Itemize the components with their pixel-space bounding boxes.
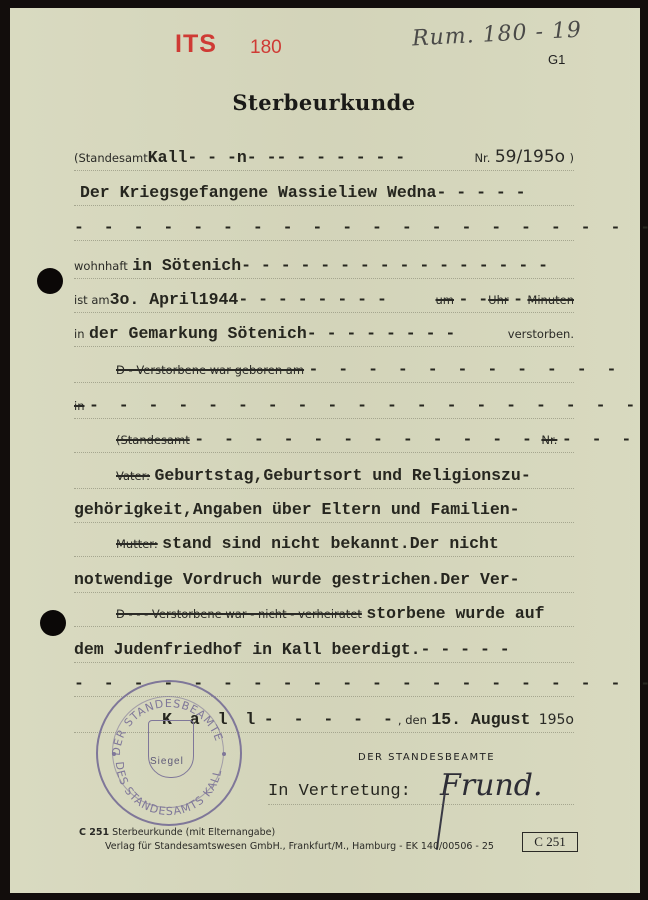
issue-date: 15. August [431,710,530,729]
burial-line: dem Judenfriedhof in Kall beerdigt.- - -… [74,636,574,663]
marital-status-line: D - - - Verstorbene war - nicht - verhei… [74,600,574,627]
mother-label: Mutter: [116,537,158,551]
death-place-value: der Gemarkung Sötenich- - - - - - - - [89,324,455,343]
deceased-name-value: Der Kriegsgefangene Wassieliew Wedna- - … [80,183,526,202]
form-title: Sterbeurkunde (mit Elternangabe) [112,827,275,838]
death-date-label: ist am [74,293,110,307]
register-number-value: 59/195o [495,147,565,167]
its-stamp-number: 180 [250,37,282,59]
date-den-label: , den [398,713,427,727]
punch-hole-bottom [40,610,66,636]
residence-line: wohnhaft in Sötenich- - - - - - - - - - … [74,252,574,279]
archive-code: G1 [548,52,565,67]
mother-line: Mutter: stand sind nicht bekannt.Der nic… [74,530,574,557]
document-title: Sterbeurkunde [0,90,648,115]
father-line: Vater: Geburtstag,Geburtsort und Religio… [74,462,574,489]
marital-status-value: storbene wurde auf [366,604,544,623]
father-value: Geburtstag,Geburtsort und Religionszu- [154,466,530,485]
death-place-line: in der Gemarkung Sötenich- - - - - - - -… [74,320,574,347]
time-um-label: um [436,293,455,307]
register-number-label: Nr. [474,151,490,165]
birth-date-label: D - Verstorbene war geboren am [116,363,304,377]
registry-office-value: Kall- - -n- -- - - - - - - [148,148,405,167]
remarks-value-1: gehörigkeit,Angaben über Eltern und Fami… [74,500,520,519]
time-minutes-label: Minuten [527,293,574,307]
form-code: C 251 [79,827,109,838]
died-label: verstorben. [508,327,574,341]
seal-center-text: Siegel [150,756,184,767]
issue-place-dashes: - - - - - [264,710,398,729]
registrar-title: DER STANDESBEAMTE [358,752,495,763]
birth-registry-number-dashes: - - - - -) [562,430,648,449]
its-stamp: ITS [175,30,217,59]
birth-date-line: D - Verstorbene war geboren am - - - - -… [74,356,574,383]
birth-registry-line: (Standesamt - - - - - - - - - - - - Nr. … [74,426,574,453]
registry-office-line: (StandesamtKall- - -n- -- - - - - - - Nr… [74,144,574,171]
birth-registry-number-label: Nr. [541,433,557,447]
issue-year: 195o [539,712,574,728]
father-label: Vater: [116,469,150,483]
official-seal: DER STANDESBEAMTE DES STANDESAMTS KALL S… [96,680,242,826]
filler-line: - - - - - - - - - - - - - - - - - - - - … [74,214,574,241]
death-date-line: ist am3o. April1944- - - - - - - - um - … [74,286,574,313]
registry-office-label: (Standesamt [74,151,148,165]
birth-place-label: in [74,399,84,413]
birth-place-dashes: - - - - - - - - - - - - - - - - - - - - … [89,396,648,415]
closing-paren: ) [570,151,575,165]
publisher-info: Verlag für Standesamtswesen GmbH., Frank… [105,841,494,852]
residence-label: wohnhaft [74,259,128,273]
residence-value: in Sötenich- - - - - - - - - - - - - - -… [132,256,548,275]
representation-label: In Vertretung: [268,782,411,801]
remarks-line-1: gehörigkeit,Angaben über Eltern und Fami… [74,496,574,523]
birth-registry-label: (Standesamt [116,433,190,447]
mother-value: stand sind nicht bekannt.Der nicht [162,534,499,553]
burial-value: dem Judenfriedhof in Kall beerdigt.- - -… [74,640,510,659]
death-date-value: 3o. April1944- - - - - - - - [110,290,387,309]
coat-of-arms-icon [148,720,194,778]
remarks-value-2: notwendige Vordruch wurde gestrichen.Der… [74,570,520,589]
birth-place-line: in - - - - - - - - - - - - - - - - - - -… [74,392,574,419]
remarks-line-2: notwendige Vordruch wurde gestrichen.Der… [74,566,574,593]
form-number-box: C 251 [522,832,578,852]
birth-registry-dashes: - - - - - - - - - - - - [194,430,537,449]
form-name: C 251 Sterbeurkunde (mit Elternangabe) [79,827,275,838]
signature: Frund. [440,768,543,803]
punch-hole-top [37,268,63,294]
time-uhr-label: Uhr [488,293,508,307]
birth-date-dashes: - - - - - - - - - - - [309,360,622,379]
marital-status-label: D - - - Verstorbene war - nicht - verhei… [116,607,362,621]
filler-dashes: - - - - - - - - - - - - - - - - - - - - … [74,218,648,237]
deceased-name-line: Der Kriegsgefangene Wassieliew Wedna- - … [74,179,574,206]
death-place-label: in [74,327,84,341]
